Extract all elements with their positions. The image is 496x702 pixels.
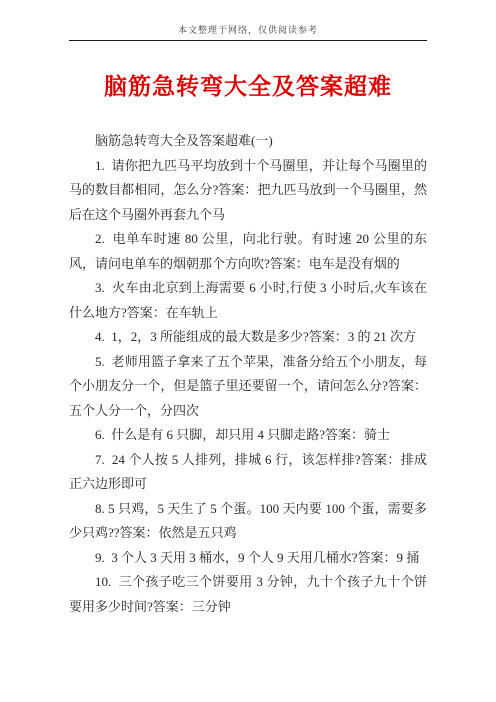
body-paragraph: 8. 5 只鸡，5 天生了 5 个蛋。100 天内要 100 个蛋，需要多少只鸡…	[69, 497, 427, 546]
document-body: 脑筋急转弯大全及答案超难(一) 1. 请你把九匹马平均放到十个马圈里，并让每个马…	[69, 129, 427, 619]
document-page: 本文整理于网络，仅供阅读参考 脑筋急转弯大全及答案超难 脑筋急转弯大全及答案超难…	[0, 0, 496, 702]
body-paragraph: 7. 24 个人按 5 人排列，排城 6 行，该怎样排?答案：排成正六边形即可	[69, 448, 427, 497]
body-paragraph: 10. 三个孩子吃三个饼要用 3 分钟，九十个孩子九十个饼要用多少时间?答案：三…	[69, 570, 427, 619]
header-divider	[69, 40, 427, 41]
body-paragraph: 9. 3 个人 3 天用 3 桶水，9 个人 9 天用几桶水?答案：9 捅	[69, 546, 427, 571]
body-paragraph: 4. 1，2，3 所能组成的最大数是多少?答案：3 的 21 次方	[69, 325, 427, 350]
page-title: 脑筋急转弯大全及答案超难	[69, 72, 427, 100]
body-paragraph: 3. 火车由北京到上海需要 6 小时,行使 3 小时后,火车该在什么地方?答案：…	[69, 276, 427, 325]
header-note: 本文整理于网络，仅供阅读参考	[69, 24, 427, 36]
body-paragraph: 6. 什么是有 6 只脚，却只用 4 只脚走路?答案：骑士	[69, 423, 427, 448]
body-paragraph: 1. 请你把九匹马平均放到十个马圈里，并让每个马圈里的马的数目都相同，怎么分?答…	[69, 154, 427, 228]
section-heading: 脑筋急转弯大全及答案超难(一)	[69, 129, 427, 154]
body-paragraph: 2. 电单车时速 80 公里，向北行驶。有时速 20 公里的东风，请问电单车的烟…	[69, 227, 427, 276]
body-paragraph: 5. 老师用篮子拿来了五个苹果，准备分给五个小朋友，每个小朋友分一个，但是篮子里…	[69, 350, 427, 424]
